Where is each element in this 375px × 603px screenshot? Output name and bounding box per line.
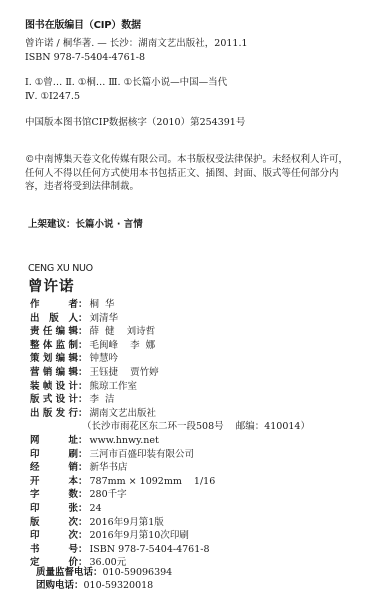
credit-value: www.hnwy.net [90,434,159,448]
credit-label-char: 装 [30,380,40,394]
credit-label: 版式设计 [30,393,78,407]
credit-row: 出版发行：湖南文艺出版社 [30,407,310,421]
credit-label: 开本 [30,475,78,489]
phone-group-purchase: 团购电话：010-59320018 [36,579,172,592]
credit-row: 字数：280千字 [30,488,310,502]
credit-colon: ： [78,475,88,489]
credit-label-char: 者 [68,298,78,312]
credit-label-char: 销 [68,461,78,475]
credit-label: 策划编辑 [30,352,78,366]
credit-label-char: 销 [43,366,53,380]
phone-number: 010-59096394 [103,567,173,578]
credit-colon: ： [78,407,88,421]
credit-row: 装帧设计：熊琼工作室 [30,380,310,394]
credit-row: 印刷：三河市百盛印装有限公司 [30,448,310,462]
credit-colon: ： [78,339,88,353]
credit-value: 2016年9月第10次印刷 [90,529,189,543]
credit-label-char: 址 [68,434,78,448]
credit-label-char: 责 [30,325,40,339]
credit-label: 网址 [30,434,78,448]
credit-label-char: 式 [43,393,53,407]
book-title: 曾许诺 [28,275,75,296]
cip-library-line: 中国版本图书馆CIP数据核字（2010）第254391号 [25,116,245,129]
credit-value: 三河市百盛印装有限公司 [90,448,195,462]
credit-value: 2016年9月第1版 [90,516,164,530]
cip-heading: 图书在版编目（CIP）数据 [25,16,141,31]
credit-label-char: 辑 [68,366,78,380]
credit-colon: ： [78,461,88,475]
phone-number: 010-59320018 [84,580,154,591]
credit-colon: ： [78,516,88,530]
shelving-suggestion: 上架建议：长篇小说 · 言情 [28,216,143,230]
credit-label-char: 辑 [68,352,78,366]
credit-row: 网址：www.hnwy.net [30,434,310,448]
credit-colon: ： [78,543,88,557]
credit-value: 24 [90,502,102,516]
credit-label-char: 网 [30,434,40,448]
phone-list: 质量监督电话：010-59096394 团购电话：010-59320018 [36,566,172,592]
credit-label-char: 出 [30,407,40,421]
credit-row: 出版人：刘清华 [30,312,310,326]
credit-row: 印张：24 [30,502,310,516]
credit-label-char: 任 [43,325,53,339]
shelving-value: 长篇小说 · 言情 [76,219,143,230]
credit-row: 版次：2016年9月第1版 [30,516,310,530]
credit-row: （长沙市雨花区东二环一段508号 邮编：410014） [30,420,310,434]
credit-value: 湖南文艺出版社 [90,407,157,421]
credit-label-char: 整 [30,339,40,353]
credit-label-char: 数 [68,488,78,502]
cip-classification-line-2: Ⅳ. ①I247.5 [25,90,80,103]
credit-colon: ： [78,393,88,407]
credit-value: 刘清华 [90,312,119,326]
credit-row: 开本：787mm × 1092mm 1/16 [30,475,310,489]
credit-colon: ： [78,352,88,366]
credit-label-char: 书 [30,543,40,557]
credit-colon: ： [78,488,88,502]
credit-label-char: 字 [30,488,40,502]
credit-label-char: 编 [56,325,66,339]
credit-row: 印次：2016年9月第10次印刷 [30,529,310,543]
credit-value: 787mm × 1092mm 1/16 [90,475,216,489]
phone-quality: 质量监督电话：010-59096394 [36,566,172,579]
credit-label-char: 版 [49,312,59,326]
credit-label-char: 帧 [43,380,53,394]
credit-colon: ： [78,529,88,543]
credit-label: 营销编辑 [30,366,78,380]
credit-label-char: 划 [43,352,53,366]
credit-colon: ： [78,434,88,448]
credit-value: ISBN 978-7-5404-4761-8 [90,543,210,557]
credit-value: 李 洁 [90,393,115,407]
credit-label-char: 体 [43,339,53,353]
credit-label-char: 张 [68,502,78,516]
credit-row: 版式设计：李 洁 [30,393,310,407]
credit-label-char: 版 [30,516,40,530]
credit-label: 装帧设计 [30,380,78,394]
credit-label: 责任编辑 [30,325,78,339]
credit-label: 印次 [30,529,78,543]
credit-colon: ： [78,325,88,339]
credit-colon: ： [78,448,88,462]
credit-label-char: 开 [30,475,40,489]
credit-value: 薛 健 刘诗哲 [90,325,156,339]
credit-label: 经销 [30,461,78,475]
credit-value: 王钰捷 贾竹婷 [90,366,159,380]
credit-label-char: 印 [30,502,40,516]
credit-label: 书号 [30,543,78,557]
credit-colon: ： [78,502,88,516]
credit-label: 印张 [30,502,78,516]
credit-label-char: 本 [68,475,78,489]
copyright-notice: ©中南博集天卷文化传媒有限公司。本书版权受法律保护。未经权利人许可，任何人不得以… [25,153,355,194]
credit-row: 书号：ISBN 978-7-5404-4761-8 [30,543,310,557]
phone-label: 质量监督电话： [36,567,103,578]
credit-label-char: 人 [68,312,78,326]
credit-label: 出版发行 [30,407,78,421]
credit-label-char: 作 [30,298,40,312]
credit-label-char: 策 [30,352,40,366]
credit-row: 策划编辑：钟慧吟 [30,352,310,366]
credit-label-char: 编 [56,366,66,380]
credit-label-char: 印 [30,448,40,462]
credit-label-char: 刷 [68,448,78,462]
cip-isbn-line: ISBN 978-7-5404-4761-8 [25,51,145,64]
credit-label: 整体监制 [30,339,78,353]
credit-row: 经销：新华书店 [30,461,310,475]
book-pinyin-title: CENG XU NUO [28,263,93,274]
credit-row: 作者：桐 华 [30,298,310,312]
credit-row: 责任编辑：薛 健 刘诗哲 [30,325,310,339]
credit-label-char: 次 [68,516,78,530]
credit-label-char: 辑 [68,325,78,339]
credit-label: 作者 [30,298,78,312]
credit-colon: ： [78,298,88,312]
credit-value: 新华书店 [90,461,128,475]
credit-value: 280千字 [90,488,127,502]
cip-record-line: 曾许诺 / 桐华著. — 长沙：湖南文艺出版社，2011.1 [25,37,248,50]
credit-label: 字数 [30,488,78,502]
credit-label-char: 次 [68,529,78,543]
shelving-label: 上架建议： [28,219,76,230]
credit-row: 整体监制：毛闽峰 李 娜 [30,339,310,353]
phone-label: 团购电话： [36,580,84,591]
credit-label-char: 营 [30,366,40,380]
credit-label: 印刷 [30,448,78,462]
credit-label-char: 印 [30,529,40,543]
copyright-page: 图书在版编目（CIP）数据 曾许诺 / 桐华著. — 长沙：湖南文艺出版社，20… [0,0,375,603]
credits-list: 作者：桐 华出版人：刘清华责任编辑：薛 健 刘诗哲整体监制：毛闽峰 李 娜策划编… [30,298,310,570]
credit-label-char: 经 [30,461,40,475]
credit-colon: ： [78,366,88,380]
credit-value: 熊琼工作室 [90,380,138,394]
credit-row: 营销编辑：王钰捷 贾竹婷 [30,366,310,380]
credit-label-char: 设 [56,393,66,407]
credit-label-char: 发 [56,407,66,421]
credit-label-char: 编 [56,352,66,366]
credit-label-char: 版 [30,393,40,407]
credit-label-char: 号 [68,543,78,557]
credit-label-char: 计 [68,393,78,407]
credit-value: 桐 华 [90,298,115,312]
credit-value: （长沙市雨花区东二环一段508号 邮编：410014） [82,420,310,434]
credit-colon: ： [78,380,88,394]
credit-label-char: 行 [68,407,78,421]
credit-label-char: 设 [56,380,66,394]
credit-label-char: 制 [68,339,78,353]
credit-value: 毛闽峰 李 娜 [90,339,156,353]
cip-classification-line-1: Ⅰ. ①曾… Ⅱ. ①桐… Ⅲ. ①长篇小说—中国—当代 [25,76,227,89]
credit-colon: ： [78,312,88,326]
credit-label: 出版人 [30,312,78,326]
credit-label-char: 版 [43,407,53,421]
credit-label-char: 计 [68,380,78,394]
credit-label-char: 监 [56,339,66,353]
credit-label: 版次 [30,516,78,530]
credit-value: 钟慧吟 [90,352,119,366]
credit-label-char: 出 [30,312,40,326]
